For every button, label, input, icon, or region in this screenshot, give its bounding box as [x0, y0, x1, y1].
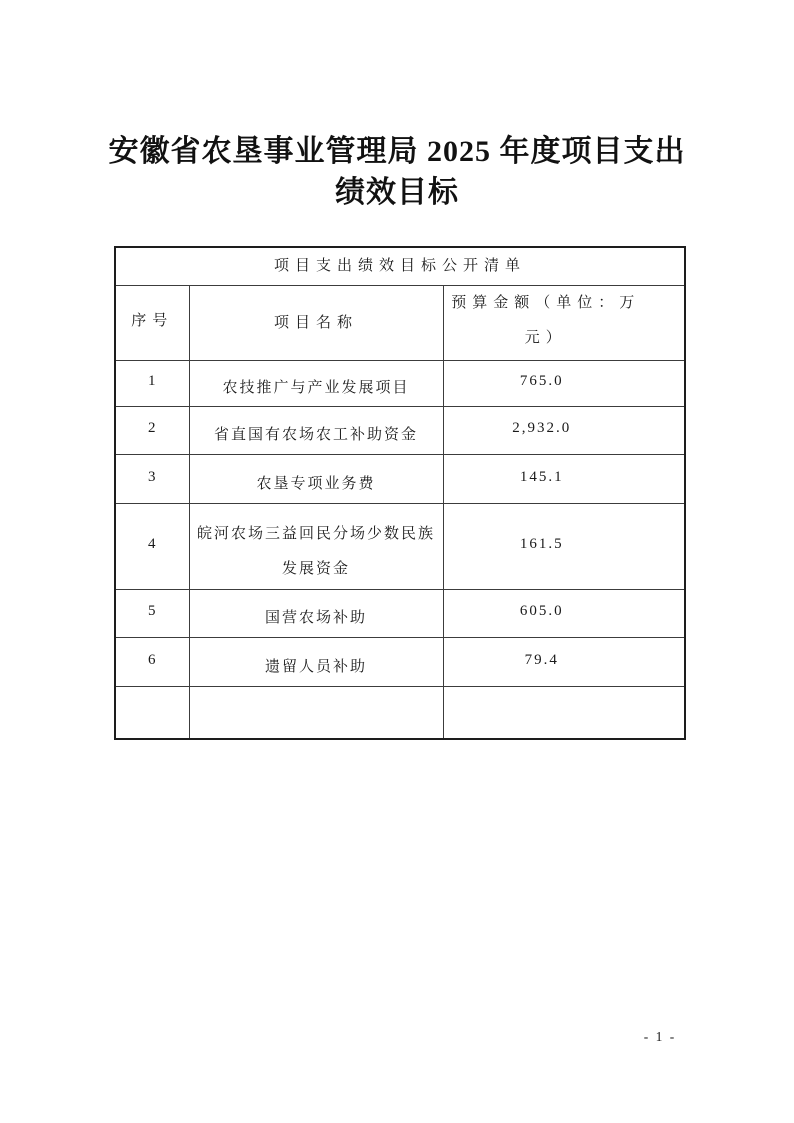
row-number: 5: [115, 590, 189, 638]
table-row: 4 皖河农场三益回民分场少数民族发展资金 161.5: [115, 504, 685, 590]
row-number: 1: [115, 361, 189, 407]
table-caption: 项目支出绩效目标公开清单: [115, 247, 685, 286]
row-number: 4: [115, 504, 189, 590]
row-number: 6: [115, 638, 189, 687]
project-name: 皖河农场三益回民分场少数民族发展资金: [189, 504, 443, 590]
table-row: 2 省直国有农场农工补助资金 2,932.0: [115, 407, 685, 455]
table-caption-row: 项目支出绩效目标公开清单: [115, 247, 685, 286]
table-row-empty: [115, 687, 685, 740]
row-number: 2: [115, 407, 189, 455]
table-row: 3 农垦专项业务费 145.1: [115, 455, 685, 504]
column-header-no: 序号: [115, 286, 189, 361]
document-page: 安徽省农垦事业管理局 2025 年度项目支出 绩效目标 项目支出绩效目标公开清单…: [0, 0, 794, 1123]
project-name: 遗留人员补助: [189, 638, 443, 687]
project-name: 农技推广与产业发展项目: [189, 361, 443, 407]
document-title: 安徽省农垦事业管理局 2025 年度项目支出 绩效目标: [0, 131, 794, 213]
budget-amount: 2,932.0: [443, 407, 685, 455]
column-header-budget-amount: 预算金额（单位：万元）: [443, 286, 685, 361]
budget-amount: 605.0: [443, 590, 685, 638]
project-name: 国营农场补助: [189, 590, 443, 638]
table-row: 1 农技推广与产业发展项目 765.0: [115, 361, 685, 407]
project-name: 省直国有农场农工补助资金: [189, 407, 443, 455]
table-row: 6 遗留人员补助 79.4: [115, 638, 685, 687]
project-name: 农垦专项业务费: [189, 455, 443, 504]
budget-amount: 79.4: [443, 638, 685, 687]
budget-amount: 145.1: [443, 455, 685, 504]
performance-target-table: 项目支出绩效目标公开清单 序号 项目名称 预算金额（单位：万元） 1 农技推广与…: [114, 246, 686, 740]
column-header-project-name: 项目名称: [189, 286, 443, 361]
project-name: [189, 687, 443, 740]
page-number: - 1 -: [640, 1029, 680, 1045]
document-title-line-1: 安徽省农垦事业管理局 2025 年度项目支出: [0, 131, 794, 172]
table-row: 5 国营农场补助 605.0: [115, 590, 685, 638]
budget-amount: 765.0: [443, 361, 685, 407]
budget-amount: 161.5: [443, 504, 685, 590]
row-number: 3: [115, 455, 189, 504]
budget-amount: [443, 687, 685, 740]
row-number: [115, 687, 189, 740]
document-title-line-2: 绩效目标: [0, 172, 794, 213]
table-header-row: 序号 项目名称 预算金额（单位：万元）: [115, 286, 685, 361]
